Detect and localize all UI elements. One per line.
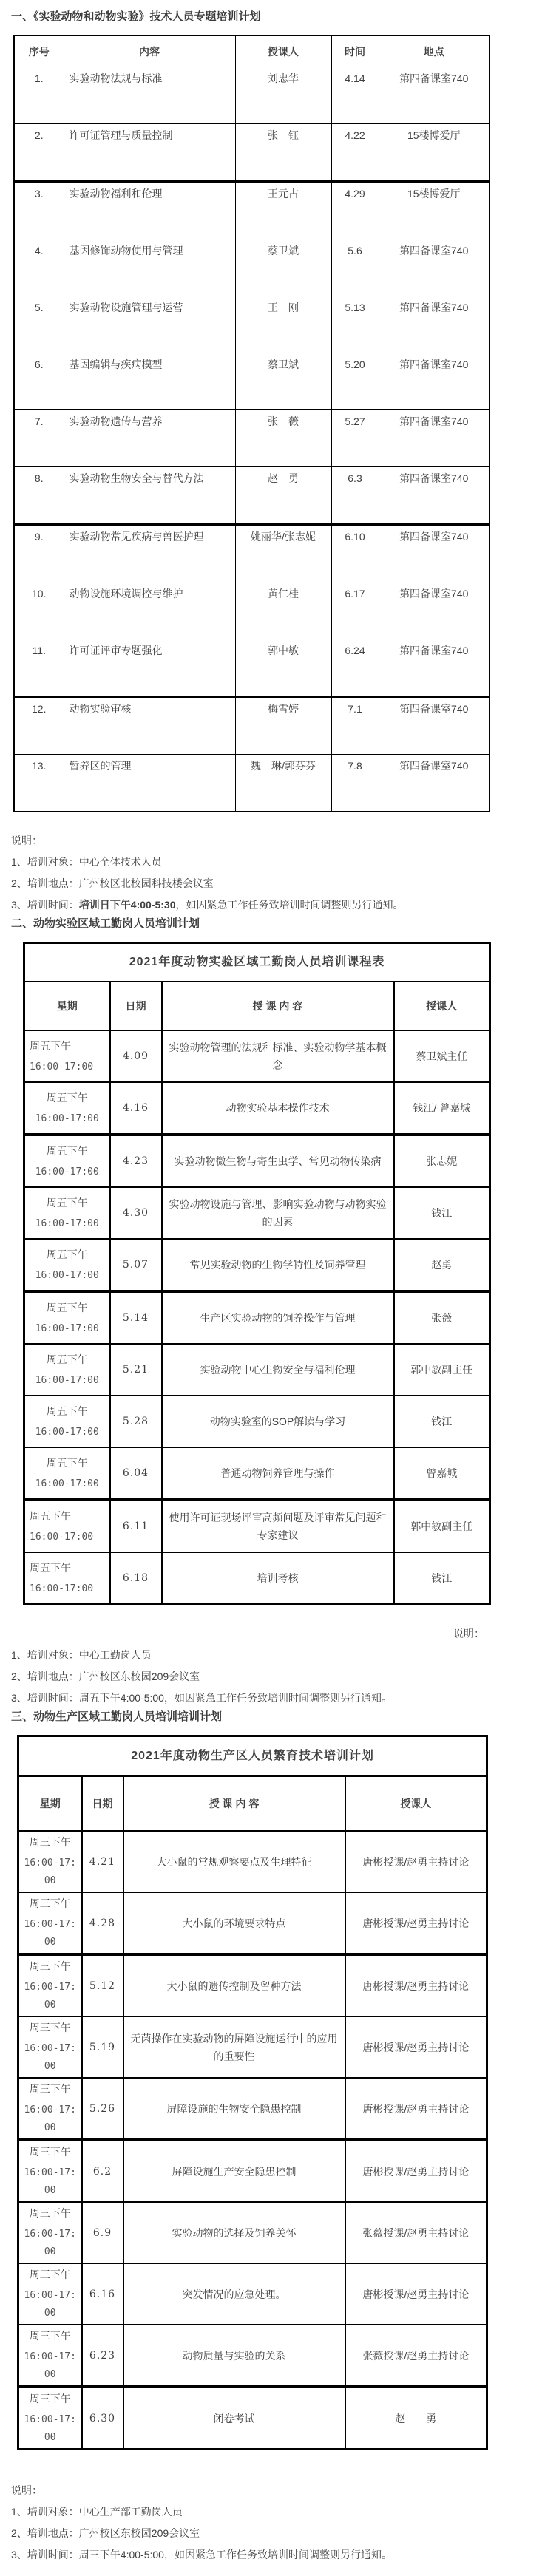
cell-course-content: 动物实验室的SOP解读与学习 — [162, 1396, 394, 1447]
cell-date: 6.11 — [110, 1500, 162, 1552]
section1-heading: 一、《实验动物和动物实验》技术人员专题培训计划 — [11, 9, 542, 24]
cell-no: 3. — [14, 182, 64, 239]
training-plan-table-1: 序号内容授课人时间地点 1.实验动物法规与标准刘忠华4.14第四备课室7402.… — [13, 35, 490, 812]
cell-content: 基因编辑与疾病模型 — [64, 353, 235, 410]
cell-time: 7.8 — [331, 755, 379, 812]
cell-week: 周五下午16:00-17:00 — [24, 1344, 110, 1396]
schedule-row: 周五下午16:00-17:004.09实验动物管理的法规和标准、实验动物学基本概… — [24, 1030, 490, 1082]
schedule-row: 10.动物设施环境调控与维护黄仁桂6.17第四备课室740 — [14, 582, 490, 639]
cell-teacher: 刘忠华 — [235, 67, 331, 124]
schedule-row: 3.实验动物福利和伦理王元占4.2915楼博爱厅 — [14, 182, 490, 239]
cell-teacher: 唐彬授课/赵勇主持讨论 — [345, 1831, 487, 1892]
cell-content: 动物设施环境调控与维护 — [64, 582, 235, 639]
schedule-row: 2.许可证管理与质量控制张 钰4.2215楼博爱厅 — [14, 124, 490, 182]
column-header: 授 课 内 容 — [123, 1776, 345, 1831]
cell-place: 第四备课室740 — [379, 525, 490, 582]
cell-date: 6.23 — [82, 2325, 123, 2387]
schedule-row: 6.基因编辑与疾病模型蔡卫斌5.20第四备课室740 — [14, 353, 490, 410]
column-header: 时间 — [331, 35, 379, 67]
schedule-row: 8.实验动物生物安全与替代方法赵 勇6.3第四备课室740 — [14, 467, 490, 525]
cell-course-content: 屏障设施的生物安全隐患控制 — [123, 2078, 345, 2140]
cell-date: 6.18 — [110, 1552, 162, 1605]
cell-teacher: 蔡卫斌 — [235, 239, 331, 296]
schedule-row: 周三下午16:00-17:006.30闭卷考试赵 勇 — [18, 2387, 487, 2450]
cell-date: 5.21 — [110, 1344, 162, 1396]
cell-date: 6.9 — [82, 2202, 123, 2263]
cell-course-content: 动物质量与实验的关系 — [123, 2325, 345, 2387]
cell-date: 5.28 — [110, 1396, 162, 1447]
cell-date: 5.12 — [82, 1954, 123, 2016]
cell-date: 6.30 — [82, 2387, 123, 2450]
column-header: 授课人 — [394, 982, 490, 1030]
cell-week-slot: 16:00-17:00 — [28, 1163, 106, 1181]
cell-time: 5.20 — [331, 353, 379, 410]
cell-week-slot: 16:00-17:00 — [22, 1855, 78, 1890]
cell-week-slot: 16:00-17:00 — [30, 1580, 106, 1598]
cell-place: 第四备课室740 — [379, 467, 490, 525]
cell-course-content: 实验动物设施与管理、影响实验动物与动物实验的因素 — [162, 1187, 394, 1239]
cell-course-content: 生产区实验动物的饲养操作与管理 — [162, 1291, 394, 1344]
column-header: 日期 — [110, 982, 162, 1030]
schedule-row: 周三下午16:00-17:005.19无菌操作在实验动物的屏障设施运行中的应用的… — [18, 2016, 487, 2078]
cell-content: 暂养区的管理 — [64, 755, 235, 812]
column-header: 地点 — [379, 35, 490, 67]
cell-teacher: 钱江/ 曾嘉城 — [394, 1082, 490, 1135]
cell-course-content: 动物实验基本操作技术 — [162, 1082, 394, 1135]
schedule-row: 周五下午16:00-17:006.18培训考核钱江 — [24, 1552, 490, 1605]
cell-content: 实验动物遗传与营养 — [64, 410, 235, 467]
schedule-row: 周五下午16:00-17:006.04普通动物饲养管理与操作曾嘉城 — [24, 1447, 490, 1500]
table1-header-row: 序号内容授课人时间地点 — [14, 35, 490, 67]
cell-week: 周三下午16:00-17:00 — [18, 2387, 82, 2450]
table3-header-row: 星期日期授 课 内 容授课人 — [18, 1776, 487, 1831]
cell-place: 15楼博爱厅 — [379, 124, 490, 182]
cell-teacher: 姚丽华/张志妮 — [235, 525, 331, 582]
schedule-row: 13.暂养区的管理魏 琳/郭芬芬7.8第四备课室740 — [14, 755, 490, 812]
cell-course-content: 闭卷考试 — [123, 2387, 345, 2450]
cell-teacher: 唐彬授课/赵勇主持讨论 — [345, 2263, 487, 2325]
cell-week: 周三下午16:00-17:00 — [18, 2078, 82, 2140]
cell-date: 6.16 — [82, 2263, 123, 2325]
cell-course-content: 突发情况的应急处理。 — [123, 2263, 345, 2325]
cell-week-week: 周三下午 — [22, 2143, 78, 2161]
cell-week: 周三下午16:00-17:00 — [18, 2016, 82, 2078]
note-item: 1、培训对象：中心生产部工勤岗人员 — [11, 2501, 492, 2523]
cell-course-content: 实验动物中心生物安全与福利伦理 — [162, 1344, 394, 1396]
cell-week-slot: 16:00-17:00 — [28, 1215, 106, 1233]
cell-time: 6.17 — [331, 582, 379, 639]
column-header: 内容 — [64, 35, 235, 67]
cell-place: 第四备课室740 — [379, 639, 490, 697]
cell-course-content: 常见实验动物的生物学特性及饲养管理 — [162, 1239, 394, 1291]
training-plan-table-3: 2021年度动物生产区人员繁育技术培训计划 星期日期授 课 内 容授课人 周三下… — [17, 1735, 488, 2450]
cell-week-slot: 16:00-17:00 — [28, 1320, 106, 1338]
cell-no: 11. — [14, 639, 64, 697]
cell-time: 5.6 — [331, 239, 379, 296]
schedule-row: 周三下午16:00-17:006.9实验动物的选择及饲养关怀张薇授课/赵勇主持讨… — [18, 2202, 487, 2263]
cell-time: 4.29 — [331, 182, 379, 239]
cell-date: 4.16 — [110, 1082, 162, 1135]
cell-teacher: 赵勇 — [394, 1239, 490, 1291]
cell-course-content: 大小鼠的常规观察要点及生理特征 — [123, 1831, 345, 1892]
cell-teacher: 张志妮 — [394, 1135, 490, 1187]
note-item-bold: 培训日下午4:00-5:30 — [79, 899, 176, 911]
cell-week: 周五下午16:00-17:00 — [24, 1291, 110, 1344]
note-item: 1、培训对象：中心全体技术人员 — [11, 852, 492, 873]
cell-content: 实验动物常见疾病与兽医护理 — [64, 525, 235, 582]
schedule-row: 4.基因修饰动物使用与管理蔡卫斌5.6第四备课室740 — [14, 239, 490, 296]
note-item: 2、培训地点：广州校区东校园209会议室 — [11, 1666, 492, 1688]
notes-label: 说明： — [11, 2480, 492, 2501]
cell-place: 第四备课室740 — [379, 67, 490, 124]
cell-no: 9. — [14, 525, 64, 582]
cell-time: 5.13 — [331, 296, 379, 353]
schedule-row: 周三下午16:00-17:006.2屏障设施生产安全隐患控制唐彬授课/赵勇主持讨… — [18, 2140, 487, 2202]
cell-teacher: 郭中敏副主任 — [394, 1500, 490, 1552]
cell-week-slot: 16:00-17:00 — [28, 1424, 106, 1441]
cell-week-week: 周五下午 — [30, 1507, 106, 1525]
cell-teacher: 蔡卫斌 — [235, 353, 331, 410]
cell-date: 5.07 — [110, 1239, 162, 1291]
cell-date: 6.04 — [110, 1447, 162, 1500]
cell-week-slot: 16:00-17:00 — [22, 2411, 78, 2447]
cell-week: 周五下午16:00-17:00 — [24, 1396, 110, 1447]
cell-week-week: 周五下午 — [28, 1299, 106, 1316]
cell-week: 周五下午16:00-17:00 — [24, 1552, 110, 1605]
cell-week-slot: 16:00-17:00 — [22, 1979, 78, 2014]
cell-week: 周五下午16:00-17:00 — [24, 1030, 110, 1082]
cell-teacher: 曾嘉城 — [394, 1447, 490, 1500]
cell-week: 周五下午16:00-17:00 — [24, 1500, 110, 1552]
schedule-row: 周三下午16:00-17:006.23动物质量与实验的关系张薇授课/赵勇主持讨论 — [18, 2325, 487, 2387]
column-header: 授 课 内 容 — [162, 982, 394, 1030]
cell-week-week: 周三下午 — [22, 1957, 78, 1975]
column-header: 授课人 — [235, 35, 331, 67]
cell-teacher: 张薇 — [394, 1291, 490, 1344]
cell-date: 5.14 — [110, 1291, 162, 1344]
cell-week-slot: 16:00-17:00 — [22, 2040, 78, 2076]
cell-week-slot: 16:00-17:00 — [30, 1058, 106, 1076]
cell-teacher: 郭中敏副主任 — [394, 1344, 490, 1396]
section3-heading: 三、动物生产区域工勤岗人员培训培训计划 — [11, 1709, 542, 1724]
schedule-row: 周五下午16:00-17:005.07常见实验动物的生物学特性及饲养管理赵勇 — [24, 1239, 490, 1291]
cell-week: 周五下午16:00-17:00 — [24, 1239, 110, 1291]
column-header: 日期 — [82, 1776, 123, 1831]
cell-teacher: 唐彬授课/赵勇主持讨论 — [345, 1892, 487, 1954]
cell-week: 周三下午16:00-17:00 — [18, 1892, 82, 1954]
cell-course-content: 大小鼠的遗传控制及留种方法 — [123, 1954, 345, 2016]
schedule-row: 5.实验动物设施管理与运营王 刚5.13第四备课室740 — [14, 296, 490, 353]
cell-content: 实验动物生物安全与替代方法 — [64, 467, 235, 525]
cell-no: 6. — [14, 353, 64, 410]
cell-course-content: 普通动物饲养管理与操作 — [162, 1447, 394, 1500]
cell-no: 12. — [14, 697, 64, 755]
cell-week-slot: 16:00-17:00 — [22, 2348, 78, 2384]
cell-week-week: 周五下午 — [28, 1194, 106, 1211]
cell-content: 实验动物法规与标准 — [64, 67, 235, 124]
schedule-row: 周五下午16:00-17:005.28动物实验室的SOP解读与学习钱江 — [24, 1396, 490, 1447]
cell-teacher: 张 薇 — [235, 410, 331, 467]
cell-week: 周五下午16:00-17:00 — [24, 1187, 110, 1239]
cell-no: 5. — [14, 296, 64, 353]
cell-week-week: 周三下午 — [22, 2390, 78, 2407]
cell-week: 周三下午16:00-17:00 — [18, 2325, 82, 2387]
cell-time: 6.3 — [331, 467, 379, 525]
schedule-row: 周五下午16:00-17:004.23实验动物微生物与寄生虫学、常见动物传染病张… — [24, 1135, 490, 1187]
cell-no: 7. — [14, 410, 64, 467]
cell-week-week: 周五下午 — [28, 1089, 106, 1107]
note-item: 2、培训地点：广州校区东校园209会议室 — [11, 2523, 492, 2544]
cell-date: 4.21 — [82, 1831, 123, 1892]
cell-teacher: 唐彬授课/赵勇主持讨论 — [345, 2016, 487, 2078]
training-plan-table-2: 2021年度动物实验区域工勤岗人员培训课程表 星期日期授 课 内 容授课人 周五… — [23, 942, 491, 1605]
cell-week-slot: 16:00-17:00 — [22, 2226, 78, 2261]
column-header: 序号 — [14, 35, 64, 67]
cell-week-slot: 16:00-17:00 — [22, 1916, 78, 1951]
cell-course-content: 使用许可证现场评审高频问题及评审常见问题和专家建议 — [162, 1500, 394, 1552]
cell-content: 实验动物设施管理与运营 — [64, 296, 235, 353]
cell-week-week: 周五下午 — [28, 1350, 106, 1368]
cell-week-slot: 16:00-17:00 — [28, 1475, 106, 1493]
cell-teacher: 赵 勇 — [235, 467, 331, 525]
cell-place: 第四备课室740 — [379, 582, 490, 639]
cell-time: 6.24 — [331, 639, 379, 697]
cell-teacher: 郭中敏 — [235, 639, 331, 697]
cell-time: 4.14 — [331, 67, 379, 124]
cell-week: 周三下午16:00-17:00 — [18, 1954, 82, 2016]
schedule-row: 周三下午16:00-17:006.16突发情况的应急处理。唐彬授课/赵勇主持讨论 — [18, 2263, 487, 2325]
cell-teacher: 黄仁桂 — [235, 582, 331, 639]
schedule-row: 周三下午16:00-17:005.26屏障设施的生物安全隐患控制唐彬授课/赵勇主… — [18, 2078, 487, 2140]
schedule-row: 周五下午16:00-17:005.21实验动物中心生物安全与福利伦理郭中敏副主任 — [24, 1344, 490, 1396]
cell-date: 4.23 — [110, 1135, 162, 1187]
column-header: 星期 — [18, 1776, 82, 1831]
cell-week-slot: 16:00-17:00 — [22, 2101, 78, 2137]
cell-time: 5.27 — [331, 410, 379, 467]
cell-time: 4.22 — [331, 124, 379, 182]
cell-time: 6.10 — [331, 525, 379, 582]
cell-week-week: 周五下午 — [30, 1559, 106, 1577]
note-item: 3、培训时间：培训日下午4:00-5:30，如因紧急工作任务致培训时间调整则另行… — [11, 894, 492, 916]
cell-week-week: 周五下午 — [28, 1402, 106, 1420]
notes-label: 说明： — [11, 1623, 492, 1645]
schedule-row: 周三下午16:00-17:005.12大小鼠的遗传控制及留种方法唐彬授课/赵勇主… — [18, 1954, 487, 2016]
cell-week-slot: 16:00-17:00 — [28, 1110, 106, 1128]
cell-content: 基因修饰动物使用与管理 — [64, 239, 235, 296]
schedule-row: 周五下午16:00-17:004.16动物实验基本操作技术钱江/ 曾嘉城 — [24, 1082, 490, 1135]
note-item: 3、培训时间：周三下午4:00-5:00，如因紧急工作任务致培训时间调整则另行通… — [11, 2544, 492, 2566]
cell-no: 1. — [14, 67, 64, 124]
cell-week-slot: 16:00-17:00 — [30, 1529, 106, 1546]
cell-course-content: 培训考核 — [162, 1552, 394, 1605]
cell-week: 周五下午16:00-17:00 — [24, 1447, 110, 1500]
cell-teacher: 蔡卫斌主任 — [394, 1030, 490, 1082]
cell-teacher: 唐彬授课/赵勇主持讨论 — [345, 2078, 487, 2140]
cell-week-slot: 16:00-17:00 — [22, 2164, 78, 2200]
schedule-row: 7.实验动物遗传与营养张 薇5.27第四备课室740 — [14, 410, 490, 467]
table2-header-row: 星期日期授 课 内 容授课人 — [24, 982, 490, 1030]
cell-no: 13. — [14, 755, 64, 812]
schedule-row: 周五下午16:00-17:006.11使用许可证现场评审高频问题及评审常见问题和… — [24, 1500, 490, 1552]
cell-week-week: 周三下午 — [22, 2204, 78, 2222]
cell-no: 2. — [14, 124, 64, 182]
cell-week: 周三下午16:00-17:00 — [18, 2140, 82, 2202]
cell-teacher: 钱江 — [394, 1552, 490, 1605]
cell-week-week: 周三下午 — [22, 2019, 78, 2036]
cell-week-week: 周五下午 — [28, 1454, 106, 1472]
cell-place: 第四备课室740 — [379, 353, 490, 410]
cell-place: 15楼博爱厅 — [379, 182, 490, 239]
cell-content: 许可证管理与质量控制 — [64, 124, 235, 182]
cell-no: 8. — [14, 467, 64, 525]
cell-date: 5.19 — [82, 2016, 123, 2078]
note-item: 2、培训地点：广州校区北校园科技楼会议室 — [11, 873, 492, 894]
cell-content: 许可证评审专题强化 — [64, 639, 235, 697]
cell-week-week: 周三下午 — [22, 2327, 78, 2345]
cell-course-content: 实验动物管理的法规和标准、实验动物学基本概念 — [162, 1030, 394, 1082]
cell-date: 6.2 — [82, 2140, 123, 2202]
cell-week-week: 周三下午 — [22, 1833, 78, 1851]
cell-week-slot: 16:00-17:00 — [28, 1267, 106, 1285]
section2-heading: 二、动物实验区域工勤岗人员培训计划 — [11, 916, 542, 931]
cell-week-week: 周五下午 — [30, 1037, 106, 1055]
schedule-row: 周三下午16:00-17:004.28大小鼠的环境要求特点唐彬授课/赵勇主持讨论 — [18, 1892, 487, 1954]
cell-date: 4.28 — [82, 1892, 123, 1954]
schedule-row: 周五下午16:00-17:004.30实验动物设施与管理、影响实验动物与动物实验… — [24, 1187, 490, 1239]
cell-teacher: 王元占 — [235, 182, 331, 239]
cell-week-week: 周三下午 — [22, 1894, 78, 1912]
cell-place: 第四备课室740 — [379, 296, 490, 353]
cell-teacher: 张薇授课/赵勇主持讨论 — [345, 2202, 487, 2263]
cell-week: 周三下午16:00-17:00 — [18, 2202, 82, 2263]
cell-content: 实验动物福利和伦理 — [64, 182, 235, 239]
table-title: 2021年度动物生产区人员繁育技术培训计划 — [18, 1736, 487, 1777]
cell-place: 第四备课室740 — [379, 697, 490, 755]
cell-place: 第四备课室740 — [379, 410, 490, 467]
cell-week-week: 周三下午 — [22, 2080, 78, 2098]
section2-notes: 说明： 1、培训对象：中心工勤岗人员2、培训地点：广州校区东校园209会议室3、… — [11, 1623, 492, 1709]
schedule-row: 1.实验动物法规与标准刘忠华4.14第四备课室740 — [14, 67, 490, 124]
table2-title-row: 2021年度动物实验区域工勤岗人员培训课程表 — [24, 943, 490, 982]
notes-label: 说明： — [11, 830, 492, 852]
cell-date: 4.09 — [110, 1030, 162, 1082]
cell-course-content: 实验动物微生物与寄生虫学、常见动物传染病 — [162, 1135, 394, 1187]
cell-time: 7.1 — [331, 697, 379, 755]
cell-date: 4.30 — [110, 1187, 162, 1239]
cell-teacher: 赵 勇 — [345, 2387, 487, 2450]
cell-week-week: 周五下午 — [28, 1142, 106, 1160]
table-title: 2021年度动物实验区域工勤岗人员培训课程表 — [24, 943, 490, 982]
table2-body: 周五下午16:00-17:004.09实验动物管理的法规和标准、实验动物学基本概… — [24, 1030, 490, 1605]
cell-place: 第四备课室740 — [379, 239, 490, 296]
schedule-row: 12.动物实验审核梅雪婷7.1第四备课室740 — [14, 697, 490, 755]
cell-teacher: 钱江 — [394, 1396, 490, 1447]
cell-teacher: 唐彬授课/赵勇主持讨论 — [345, 1954, 487, 2016]
cell-content: 动物实验审核 — [64, 697, 235, 755]
cell-week-week: 周三下午 — [22, 2266, 78, 2283]
cell-no: 4. — [14, 239, 64, 296]
cell-teacher: 魏 琳/郭芬芬 — [235, 755, 331, 812]
note-item-prefix: 3、培训时间： — [11, 899, 79, 911]
cell-week-week: 周五下午 — [28, 1245, 106, 1263]
cell-teacher: 唐彬授课/赵勇主持讨论 — [345, 2140, 487, 2202]
schedule-row: 周五下午16:00-17:005.14生产区实验动物的饲养操作与管理张薇 — [24, 1291, 490, 1344]
cell-week-slot: 16:00-17:00 — [28, 1372, 106, 1390]
cell-teacher: 梅雪婷 — [235, 697, 331, 755]
cell-teacher: 张薇授课/赵勇主持讨论 — [345, 2325, 487, 2387]
table3-body: 周三下午16:00-17:004.21大小鼠的常规观察要点及生理特征唐彬授课/赵… — [18, 1831, 487, 2450]
section1-notes: 说明： 1、培训对象：中心全体技术人员2、培训地点：广州校区北校园科技楼会议室3… — [11, 830, 492, 916]
cell-teacher: 王 刚 — [235, 296, 331, 353]
cell-course-content: 屏障设施生产安全隐患控制 — [123, 2140, 345, 2202]
cell-teacher: 张 钰 — [235, 124, 331, 182]
cell-course-content: 实验动物的选择及饲养关怀 — [123, 2202, 345, 2263]
cell-date: 5.26 — [82, 2078, 123, 2140]
column-header: 授课人 — [345, 1776, 487, 1831]
note-item: 1、培训对象：中心工勤岗人员 — [11, 1645, 492, 1666]
table1-body: 1.实验动物法规与标准刘忠华4.14第四备课室7402.许可证管理与质量控制张 … — [14, 67, 490, 812]
cell-course-content: 无菌操作在实验动物的屏障设施运行中的应用的重要性 — [123, 2016, 345, 2078]
cell-week: 周五下午16:00-17:00 — [24, 1082, 110, 1135]
cell-teacher: 钱江 — [394, 1187, 490, 1239]
schedule-row: 周三下午16:00-17:004.21大小鼠的常规观察要点及生理特征唐彬授课/赵… — [18, 1831, 487, 1892]
cell-course-content: 大小鼠的环境要求特点 — [123, 1892, 345, 1954]
cell-week: 周三下午16:00-17:00 — [18, 1831, 82, 1892]
schedule-row: 11.许可证评审专题强化郭中敏6.24第四备课室740 — [14, 639, 490, 697]
document-page: 一、《实验动物和动物实验》技术人员专题培训计划 序号内容授课人时间地点 1.实验… — [0, 0, 542, 2576]
schedule-row: 9.实验动物常见疾病与兽医护理姚丽华/张志妮6.10第四备课室740 — [14, 525, 490, 582]
section3-notes: 说明： 1、培训对象：中心生产部工勤岗人员2、培训地点：广州校区东校园209会议… — [11, 2480, 492, 2566]
cell-week: 周三下午16:00-17:00 — [18, 2263, 82, 2325]
note-item: 3、培训时间：周五下午4:00-5:00，如因紧急工作任务致培训时间调整则另行通… — [11, 1688, 492, 1709]
note-item-suffix: ，如因紧急工作任务致培训时间调整则另行通知。 — [176, 899, 404, 911]
cell-no: 10. — [14, 582, 64, 639]
cell-week-slot: 16:00-17:00 — [22, 2287, 78, 2322]
table3-title-row: 2021年度动物生产区人员繁育技术培训计划 — [18, 1736, 487, 1777]
cell-week: 周五下午16:00-17:00 — [24, 1135, 110, 1187]
column-header: 星期 — [24, 982, 110, 1030]
cell-place: 第四备课室740 — [379, 755, 490, 812]
